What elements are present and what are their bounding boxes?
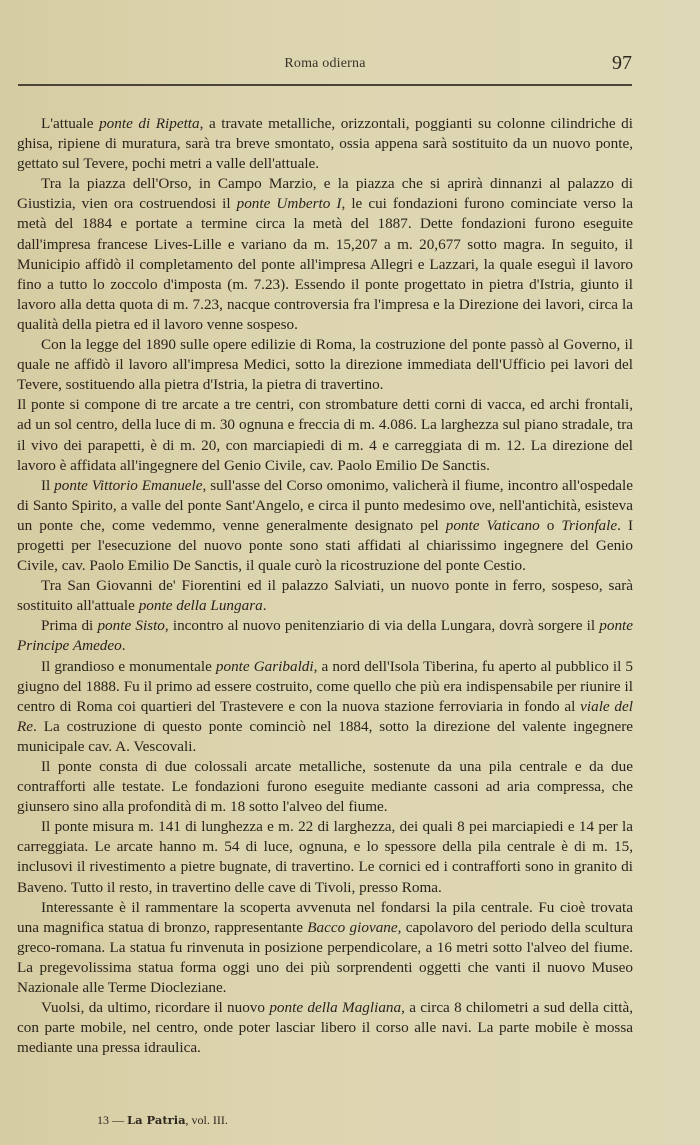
header-rule: [18, 84, 632, 86]
paragraph: Il ponte consta di due colossali arcate …: [17, 757, 633, 817]
italic-term: viale del Re: [17, 698, 633, 735]
italic-term: ponte Sisto: [97, 617, 164, 634]
italic-term: ponte di Ripetta: [99, 115, 200, 132]
italic-term: ponte Vittorio Emanuele: [54, 477, 202, 494]
signature-dash: —: [112, 1113, 124, 1127]
italic-term: ponte Umberto I: [237, 195, 342, 212]
italic-term: ponte della Magliana: [269, 999, 401, 1016]
paragraph: Vuolsi, da ultimo, ricordare il nuovo po…: [17, 998, 633, 1058]
paragraph: Il ponte Vittorio Emanuele, sull'asse de…: [17, 476, 633, 576]
paragraph: L'attuale ponte di Ripetta, a travate me…: [17, 114, 633, 174]
italic-term: ponte della Lungara: [139, 597, 263, 614]
page-number: 97: [612, 52, 632, 75]
paragraph: Il ponte misura m. 141 di lunghezza e m.…: [17, 817, 633, 897]
book-page: Roma odierna 97 L'attuale ponte di Ripet…: [0, 0, 700, 1145]
signature-title: La Patria: [127, 1113, 186, 1127]
italic-term: Trionfale: [561, 517, 617, 534]
running-title: Roma odierna: [18, 56, 632, 72]
body-text: L'attuale ponte di Ripetta, a travate me…: [17, 114, 633, 1058]
running-header: Roma odierna 97: [18, 56, 632, 80]
paragraph: Prima di ponte Sisto, incontro al nuovo …: [17, 616, 633, 656]
paragraph: Interessante è il rammentare la scoperta…: [17, 898, 633, 998]
signature-volume: , vol. III.: [186, 1113, 228, 1127]
signature-number: 13: [97, 1113, 109, 1127]
printer-signature: 13 — La Patria, vol. III.: [97, 1113, 228, 1128]
paragraph: Con la legge del 1890 sulle opere ediliz…: [17, 335, 633, 395]
italic-term: ponte Garibaldi: [216, 658, 314, 675]
italic-term: Bacco giovane: [307, 919, 397, 936]
paragraph: Il ponte si compone di tre arcate a tre …: [17, 395, 633, 475]
italic-term: ponte Vaticano: [446, 517, 540, 534]
paragraph: Tra la piazza dell'Orso, in Campo Marzio…: [17, 174, 633, 335]
paragraph: Tra San Giovanni de' Fiorentini ed il pa…: [17, 576, 633, 616]
paragraph: Il grandioso e monumentale ponte Garibal…: [17, 657, 633, 757]
